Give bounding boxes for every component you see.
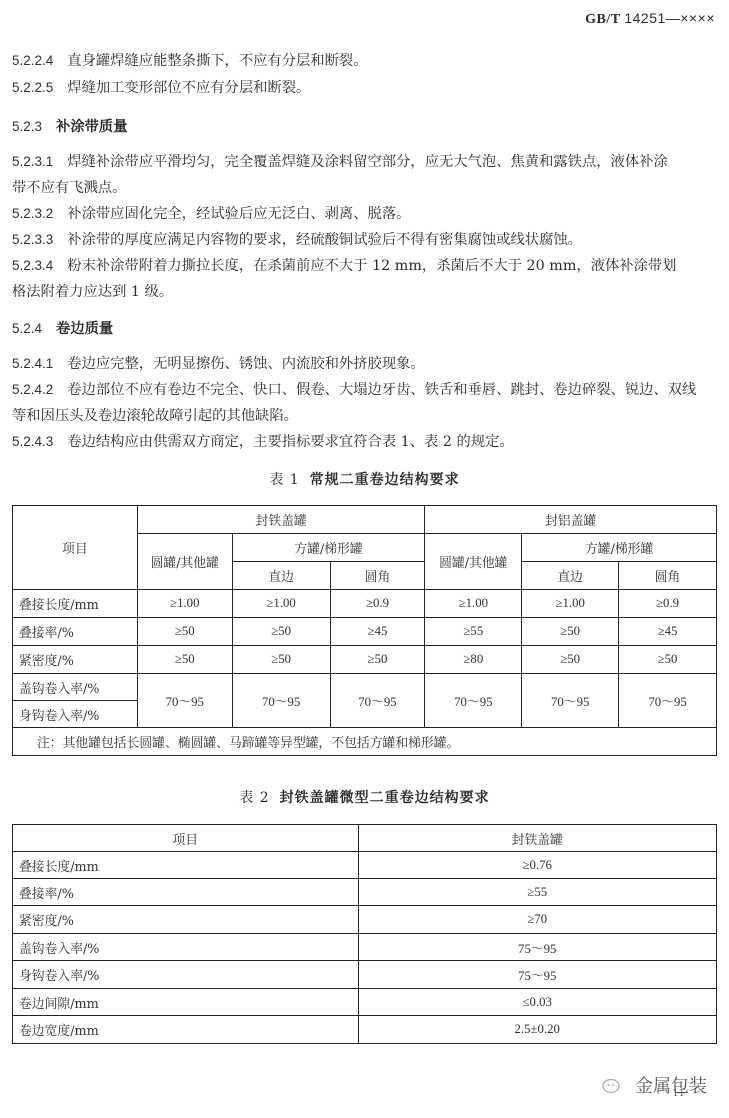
cell: ≥50 [137,618,232,646]
cell: ≥1.00 [232,590,330,618]
clause-5-2-3-4: 5.2.3.4粉末补涂带附着力撕拉长度，在杀菌前应不大于 12 mm，杀菌后不大… [12,255,717,277]
table2-header-item: 项目 [13,825,359,852]
row-label: 身钩卷入率/% [13,701,138,728]
cell: ≥45 [330,618,425,646]
cell: ≥50 [330,646,425,674]
row-label: 盖钩卷入率/% [13,934,359,961]
table2-header-iron-lid: 封铁盖罐 [358,825,717,852]
cell: ≥55 [425,618,522,646]
cell: ≥1.00 [425,590,522,618]
cell: ≥1.00 [137,590,232,618]
cell: ≥50 [137,646,232,674]
cell: ≥70 [358,906,717,934]
table1-header-square-1: 方罐/梯形罐 [232,534,425,562]
row-label: 紧密度/% [13,646,138,674]
table1-header-aluminum-lid: 封铝盖罐 [425,506,717,534]
wechat-icon [601,1076,627,1097]
table2: 项目 封铁盖罐 叠接长度/mm ≥0.76 叠接率/% ≥55 紧密度/% ≥7… [12,824,717,1044]
cell: ≥0.76 [358,852,717,879]
row-label: 盖钩卷入率/% [13,674,138,701]
watermark-text: 金属包装 [635,1076,707,1097]
section-heading-5-2-3: 5.2.3补涂带质量 [12,116,717,138]
cell: ≥0.9 [330,590,425,618]
cell: 70～95 [619,674,717,728]
cell: ≥80 [425,646,522,674]
cell: ≥50 [619,646,717,674]
clause-5-2-3-3: 5.2.3.3补涂带的厚度应满足内容物的要求，经硫酸铜试验后不得有密集腐蚀或线状… [12,229,717,251]
row-label: 身钩卷入率/% [13,961,359,989]
table-row: 盖钩卷入率/% 75～95 [13,934,717,961]
row-label: 叠接率/% [13,618,138,646]
table1-header-round-2: 圆罐/其他罐 [425,534,522,590]
row-label: 卷边宽度/mm [13,1016,359,1044]
cell: 70～95 [425,674,522,728]
table1-header-straight-2: 直边 [522,562,619,590]
clause-5-2-4-2: 5.2.4.2卷边部位不应有卷边不完全、快口、假卷、大塌边牙齿、铁舌和垂唇、跳封… [12,379,717,401]
table-row: 身钩卷入率/% 75～95 [13,961,717,989]
clause-5-2-3-1-cont: 带不应有飞溅点。 [12,177,717,199]
table1-caption: 表 1常规二重卷边结构要求 [0,469,729,489]
table1-header-round-1: 圆罐/其他罐 [137,534,232,590]
cell: ≥0.9 [619,590,717,618]
cell: 70～95 [137,674,232,728]
table2-caption: 表 2封铁盖罐微型二重卷边结构要求 [0,787,729,807]
row-label: 叠接率/% [13,879,359,906]
row-label: 叠接长度/mm [13,852,359,879]
clause-5-2-4-3: 5.2.4.3卷边结构应由供需双方商定，主要指标要求宜符合表 1、表 2 的规定… [12,431,717,453]
table1-header-straight-1: 直边 [232,562,330,590]
table-row: 盖钩卷入率/% 70～95 70～95 70～95 70～95 70～95 70… [13,674,717,701]
table-row: 叠接长度/mm ≥1.00 ≥1.00 ≥0.9 ≥1.00 ≥1.00 ≥0.… [13,590,717,618]
cell: 70～95 [232,674,330,728]
section-heading-5-2-4: 5.2.4卷边质量 [12,318,717,340]
cell: ≥50 [232,646,330,674]
cell: 2.5±0.20 [358,1016,717,1044]
cell: 70～95 [522,674,619,728]
table1-header-corner-1: 圆角 [330,562,425,590]
clause-5-2-4-2-cont: 等和因压头及卷边滚轮故障引起的其他缺陷。 [12,405,717,427]
table1-header-square-2: 方罐/梯形罐 [522,534,717,562]
table1-header-corner-2: 圆角 [619,562,717,590]
cell: 75～95 [358,934,717,961]
clause-5-2-3-4-cont: 格法附着力应达到 1 级。 [12,281,717,303]
table-row: 叠接率/% ≥55 [13,879,717,906]
cell: 75～95 [358,961,717,989]
table1-note: 注：其他罐包括长圆罐、椭圆罐、马蹄罐等异型罐，不包括方罐和梯形罐。 [13,728,717,756]
table-row: 紧密度/% ≥70 [13,906,717,934]
table-row: 紧密度/% ≥50 ≥50 ≥50 ≥80 ≥50 ≥50 [13,646,717,674]
clause-5-2-3-2: 5.2.3.2补涂带应固化完全，经试验后应无泛白、剥离、脱落。 [12,203,717,225]
cell: ≥45 [619,618,717,646]
clause-5-2-4-1: 5.2.4.1卷边应完整，无明显擦伤、锈蚀、内流胶和外挤胶现象。 [12,353,717,375]
clause-5-2-3-1: 5.2.3.1焊缝补涂带应平滑均匀，完全覆盖焊缝及涂料留空部分，应无大气泡、焦黄… [12,151,717,173]
page-number: 11 [672,1088,685,1099]
table1-header-item: 项目 [13,506,138,590]
cell: ≥50 [522,618,619,646]
cell: ≤0.03 [358,989,717,1016]
table1-header-iron-lid: 封铁盖罐 [137,506,425,534]
cell: 70～95 [330,674,425,728]
table-row: 叠接长度/mm ≥0.76 [13,852,717,879]
page-header: GB/T 14251—×××× [585,10,715,28]
table-row: 卷边宽度/mm 2.5±0.20 [13,1016,717,1044]
cell: ≥50 [232,618,330,646]
cell: ≥50 [522,646,619,674]
row-label: 叠接长度/mm [13,590,138,618]
table-row: 卷边间隙/mm ≤0.03 [13,989,717,1016]
row-label: 卷边间隙/mm [13,989,359,1016]
table-row: 叠接率/% ≥50 ≥50 ≥45 ≥55 ≥50 ≥45 [13,618,717,646]
cell: ≥1.00 [522,590,619,618]
row-label: 紧密度/% [13,906,359,934]
clause-5-2-2-4: 5.2.2.4直身罐焊缝应能整条撕下，不应有分层和断裂。 [12,50,717,72]
standard-number: 14251—×××× [624,10,715,26]
clause-5-2-2-5: 5.2.2.5焊缝加工变形部位不应有分层和断裂。 [12,77,717,99]
standard-code: GB/T [585,12,620,27]
table1: 项目 封铁盖罐 封铝盖罐 圆罐/其他罐 方罐/梯形罐 圆罐/其他罐 方罐/梯形罐… [12,505,717,756]
cell: ≥55 [358,879,717,906]
watermark: 金属包装 [601,1072,707,1098]
